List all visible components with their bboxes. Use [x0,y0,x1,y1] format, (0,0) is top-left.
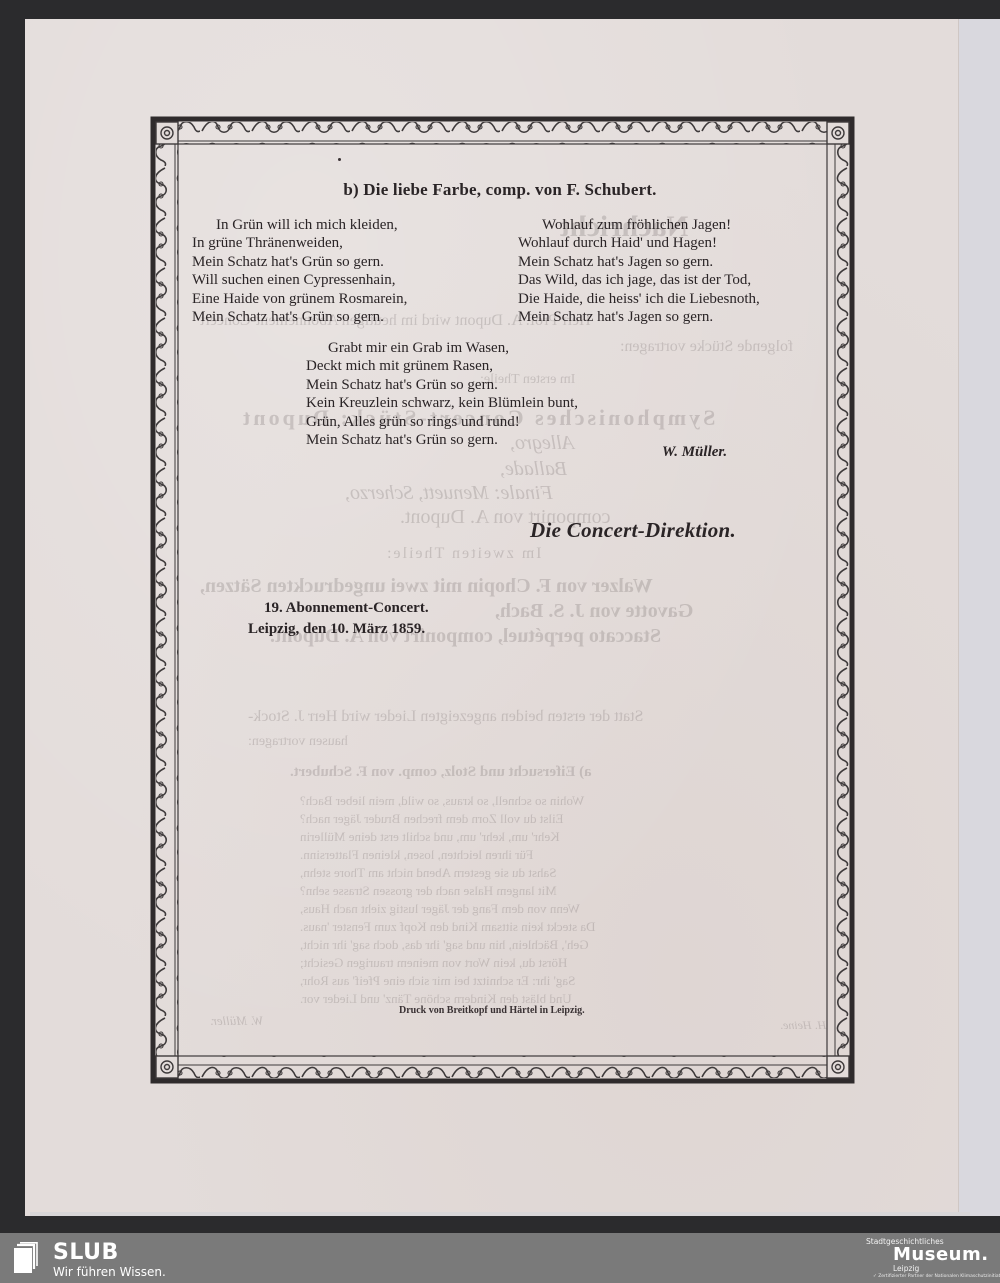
song-title: b) Die liebe Farbe, comp. von F. Schuber… [0,180,1000,200]
verse-line: Mein Schatz hat's Grün so gern. [306,376,578,394]
library-name: SLUB [53,1240,119,1265]
museum-certification: ✓ Zertifizierter Partner der Nationalen … [873,1274,1000,1279]
verse-line: Mein Schatz hat's Grün so gern. [192,308,407,326]
verse-line: Mein Schatz hat's Jagen so gern. [518,308,760,326]
place-date: Leipzig, den 10. März 1859. [248,619,429,640]
museum-city: Leipzig [893,1264,919,1273]
footer-bar: SLUB Wir führen Wissen. Stadtgeschichtli… [0,1233,1000,1283]
concert-number: 19. Abonnement-Concert. [248,598,429,619]
verse-line: Kein Kreuzlein schwarz, kein Blümlein bu… [306,394,578,412]
museum-name: Museum. [893,1244,989,1265]
verse-line: Mein Schatz hat's Jagen so gern. [518,253,760,271]
verse-line: Wohlauf zum fröhlichen Jagen! [518,216,760,234]
printer-imprint: Druck von Breitkopf und Härtel in Leipzi… [399,1005,585,1016]
slub-book-icon [12,1242,42,1275]
verse-line: Grün, Alles grün so rings und rund! [306,413,578,431]
ink-speck [338,158,341,161]
verse-line: Das Wild, das ich jage, das ist der Tod, [518,271,760,289]
verse-line: Wohlauf durch Haid' und Hagen! [518,234,760,252]
verse-line: In grüne Thränenweiden, [192,234,407,252]
museum-logo: Stadtgeschichtliches Museum. Leipzig ✓ Z… [860,1235,1000,1283]
scan-viewer: Nachricht Herr Prof. A. Dupont wird im h… [0,0,1000,1233]
stanza-right: Wohlauf zum fröhlichen Jagen! Wohlauf du… [518,216,760,326]
stanza-left: In Grün will ich mich kleiden, In grüne … [192,216,407,326]
concert-info: 19. Abonnement-Concert. Leipzig, den 10.… [248,598,429,640]
verse-line: Grabt mir ein Grab im Wasen, [306,339,578,357]
programme-content: b) Die liebe Farbe, comp. von F. Schuber… [0,0,1000,1233]
verse-line: Eine Haide von grünem Rosmarein, [192,290,407,308]
concert-direction-signature: Die Concert-Direktion. [530,518,736,543]
poet-attribution: W. Müller. [662,444,727,461]
verse-line: Die Haide, die heiss' ich die Liebesnoth… [518,290,760,308]
verse-line: Deckt mich mit grünem Rasen, [306,357,578,375]
verse-line: Will suchen einen Cypressenhain, [192,271,407,289]
verse-line: Mein Schatz hat's Grün so gern. [306,431,578,449]
verse-line: In Grün will ich mich kleiden, [192,216,407,234]
stanza-center: Grabt mir ein Grab im Wasen, Deckt mich … [306,339,578,449]
verse-line: Mein Schatz hat's Grün so gern. [192,253,407,271]
library-tagline: Wir führen Wissen. [53,1265,166,1279]
